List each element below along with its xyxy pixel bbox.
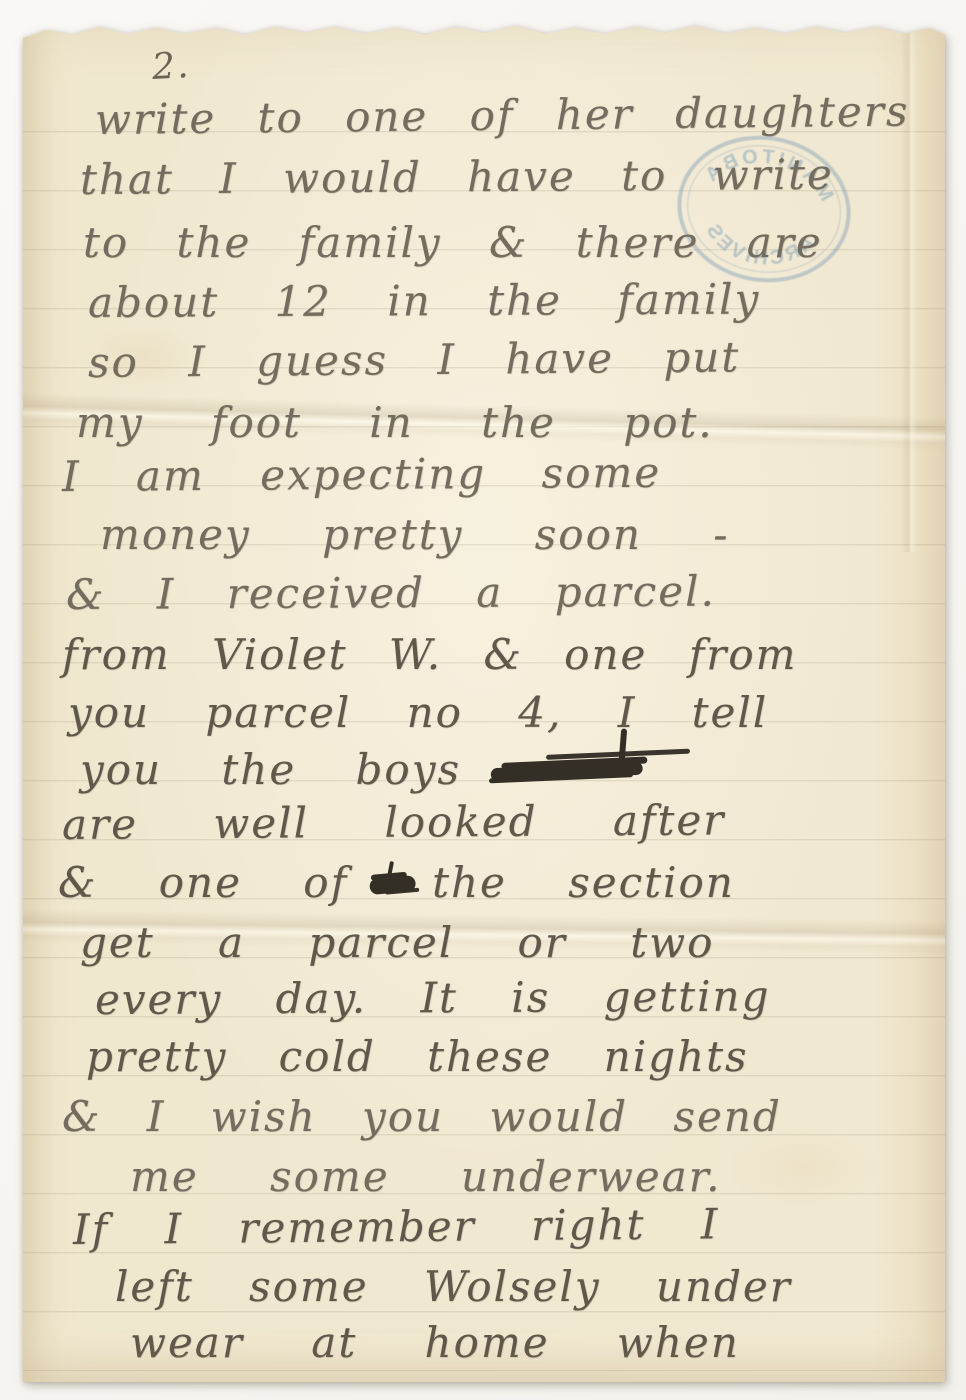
- handwritten-line: get a parcel or two: [80, 918, 714, 967]
- handwritten-line: to the family & there are: [83, 218, 823, 267]
- handwritten-line: every day. It is getting: [95, 971, 771, 1024]
- handwritten-line: so I guess I have put: [88, 332, 741, 387]
- handwritten-line: are well looked after: [62, 795, 726, 849]
- handwritten-line: wear at home when: [130, 1318, 740, 1367]
- handwritten-text: you the boys: [80, 745, 461, 794]
- handwritten-line: me some underwear.: [130, 1152, 721, 1201]
- handwritten-line: my foot in the pot.: [76, 398, 714, 447]
- handwritten-line: & I wish you would send: [62, 1092, 782, 1141]
- handwritten-line: & one ofthe section: [58, 858, 735, 907]
- handwritten-line: money pretty soon -: [100, 510, 729, 559]
- handwritten-line: you parcel no 4, I tell: [68, 688, 768, 737]
- handwritten-line: & I received a parcel.: [66, 567, 716, 619]
- handwritten-line: about 12 in the family: [88, 274, 761, 327]
- letter-page: MANITOBA ARCHIVES 2. write to one of her…: [23, 22, 945, 1382]
- handwritten-line: you the boys: [80, 745, 649, 794]
- handwritten-line: write to one of her daughters: [95, 86, 910, 144]
- handwritten-line: from Violet W. & one from: [62, 630, 797, 679]
- handwritten-line: If I remember right I: [73, 1199, 720, 1254]
- handwritten-line: pretty cold these nights: [86, 1032, 749, 1081]
- scribbled-out-word: [369, 875, 416, 895]
- page-number: 2.: [151, 45, 191, 88]
- handwritten-line: left some Wolsely under: [115, 1262, 792, 1311]
- handwritten-line: that I would have to write: [80, 150, 834, 204]
- handwritten-text: & one of: [58, 858, 348, 907]
- scribbled-out-word: [491, 762, 643, 782]
- handwritten-text: the section: [432, 858, 735, 907]
- letter-photo: MANITOBA ARCHIVES 2. write to one of her…: [0, 0, 966, 1400]
- handwritten-line: I am expecting some: [62, 448, 661, 501]
